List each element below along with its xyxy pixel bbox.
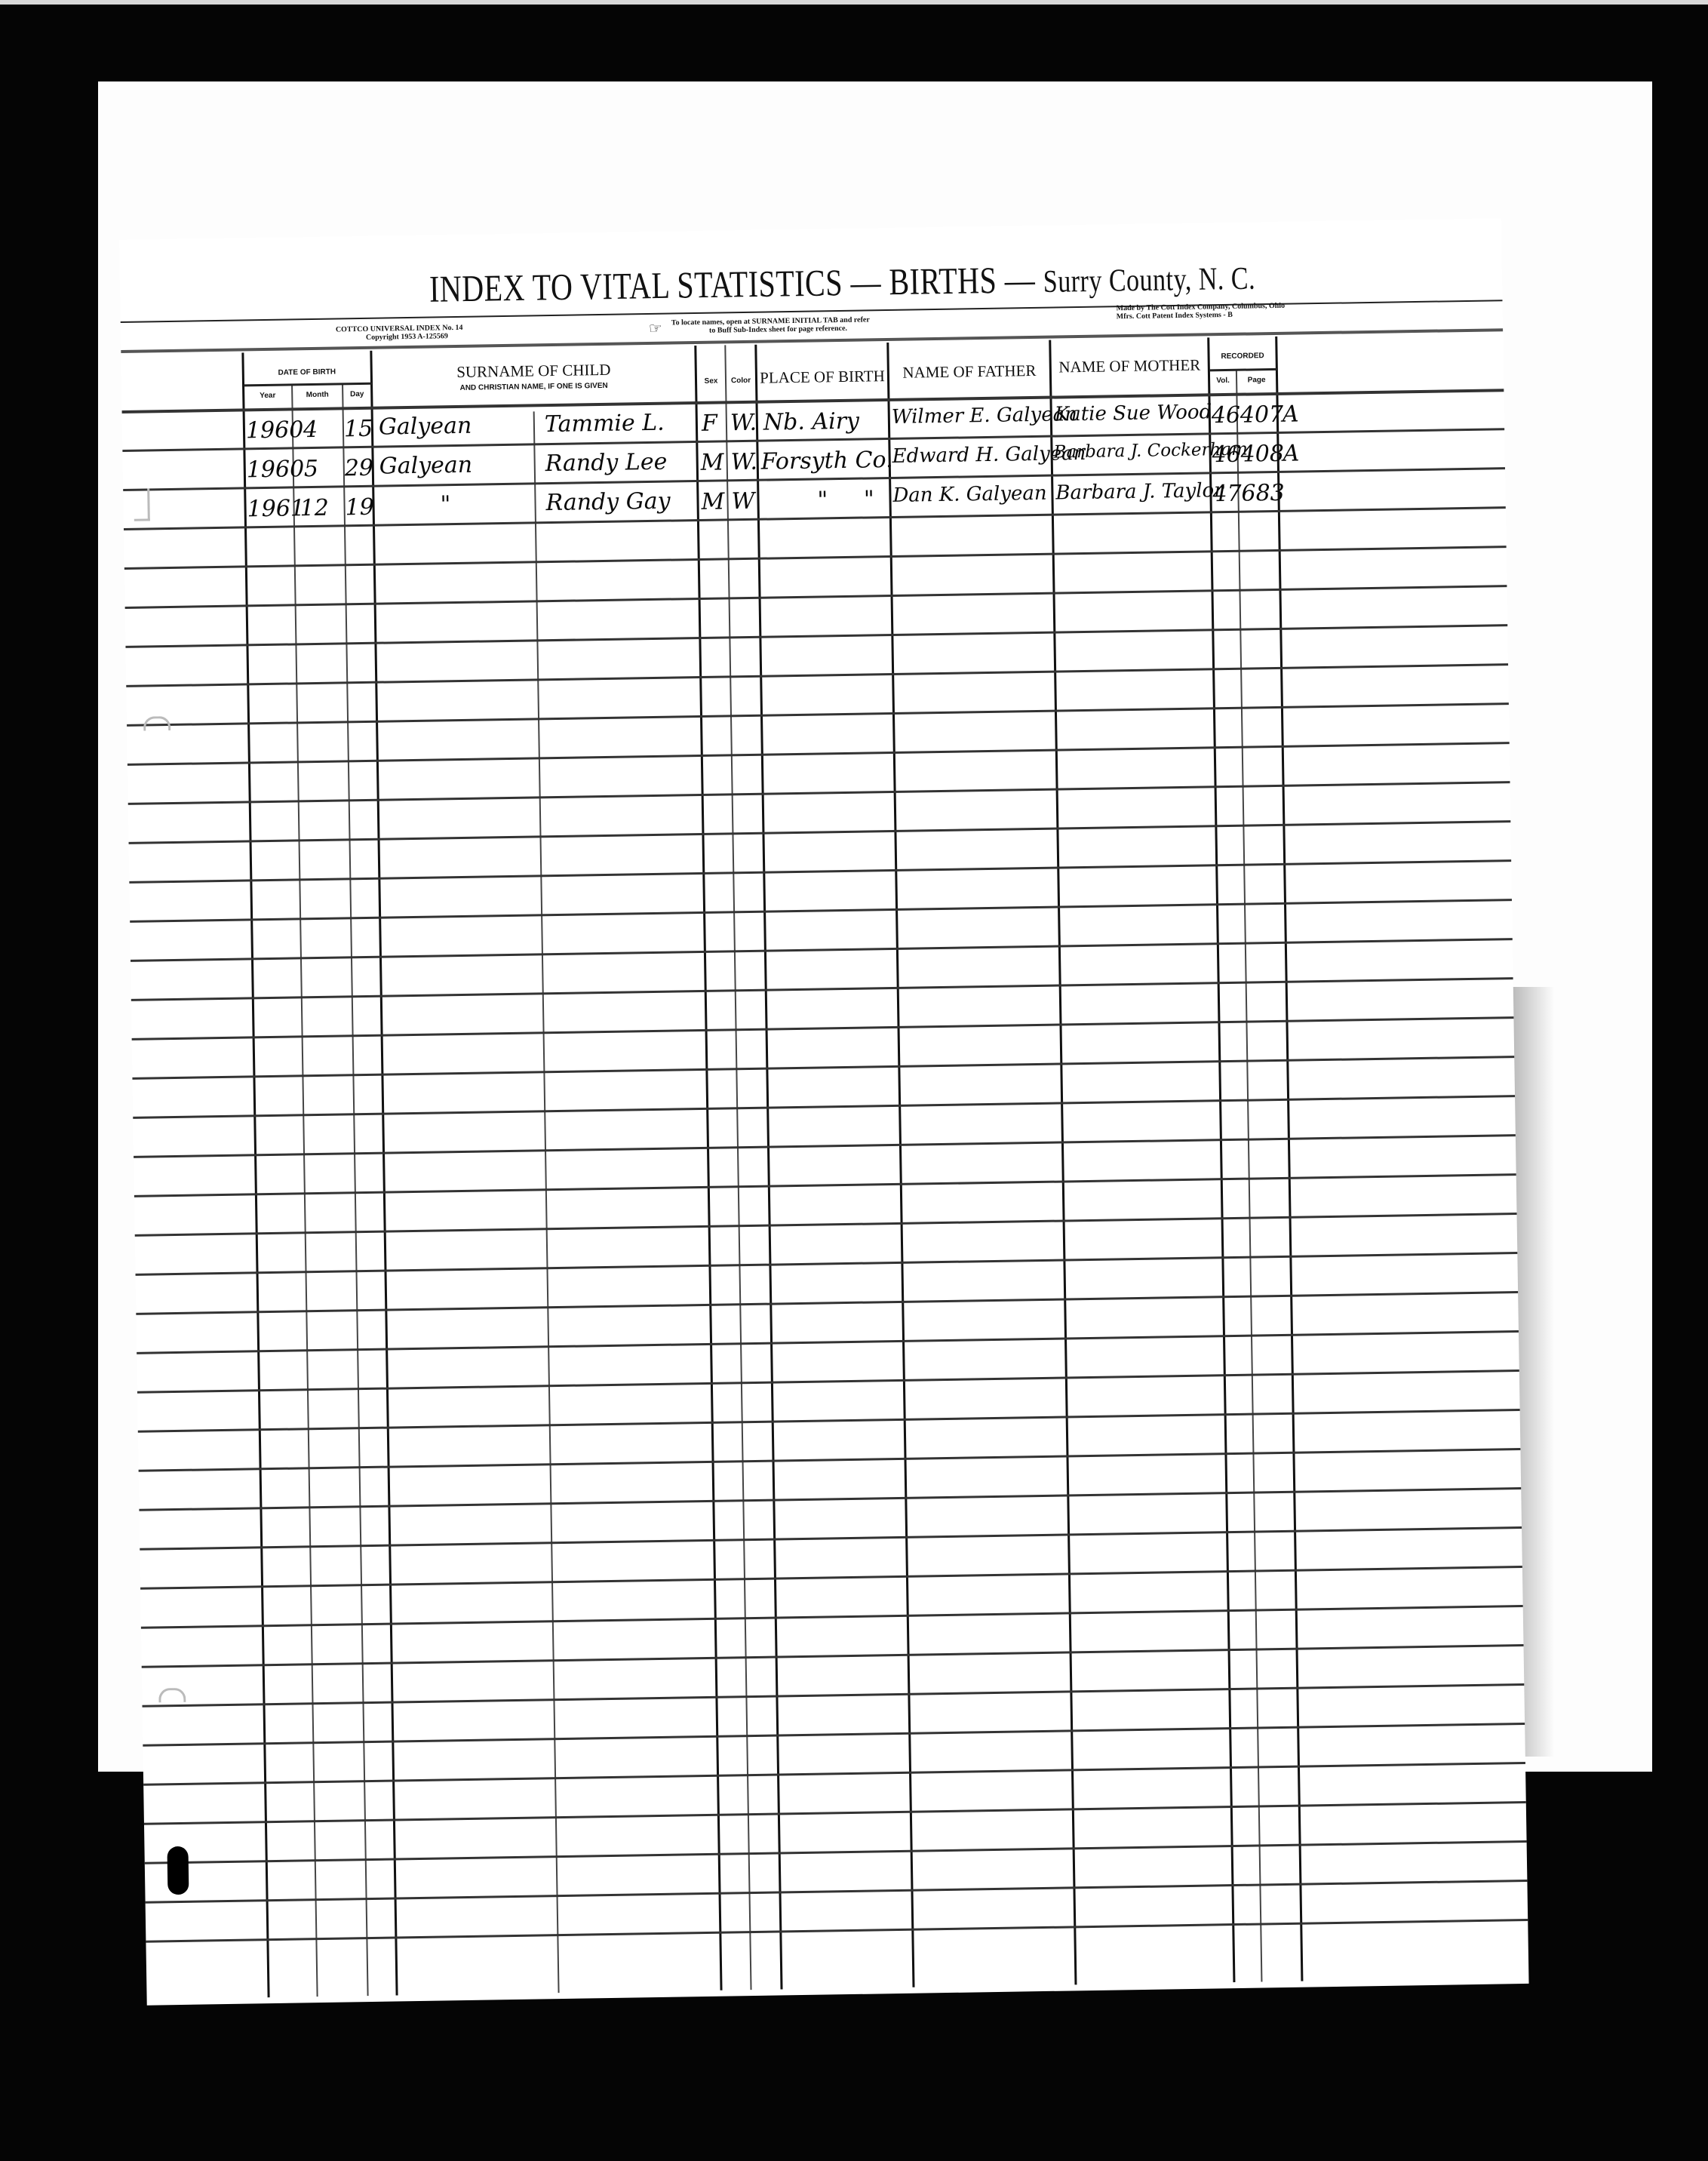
ring-hole-mark — [143, 716, 170, 731]
row-line — [146, 1880, 1528, 1904]
col-line-date-left — [241, 352, 269, 1997]
col-line-place-left — [754, 345, 782, 1990]
cell-year: 1961 — [247, 495, 305, 522]
cell-surname: Galyean — [379, 413, 472, 441]
row-line — [132, 1056, 1514, 1080]
row-line — [125, 585, 1507, 609]
cell-place: Nb. Airy — [763, 408, 860, 436]
row-line — [127, 702, 1509, 727]
cell-note: A — [1283, 401, 1299, 427]
header-sex: Sex — [697, 377, 725, 386]
cell-father: Wilmer E. Galyean — [892, 403, 1078, 429]
col-line-month-day — [342, 384, 368, 1996]
cell-sex: M — [700, 449, 723, 475]
row-line — [142, 1644, 1524, 1668]
cell-vol: 46 — [1212, 441, 1241, 469]
maker-line-2: Mfrs. Cott Patent Index Systems - B — [1117, 310, 1286, 321]
row-line — [137, 1330, 1519, 1354]
cell-given-name: Randy Gay — [545, 488, 671, 517]
header-name-of-father: NAME OF FATHER — [889, 361, 1049, 383]
cell-month: 4 — [303, 417, 318, 443]
title-main: INDEX TO VITAL STATISTICS — BIRTHS — — [429, 258, 1036, 310]
cell-vol: 46 — [1212, 402, 1241, 429]
row-line — [131, 938, 1513, 962]
cell-day: 29 — [345, 455, 374, 482]
row-line — [127, 742, 1510, 766]
cell-given-name: Randy Lee — [545, 449, 667, 478]
row-line — [130, 899, 1512, 923]
cell-page: 683 — [1241, 480, 1285, 507]
row-line — [143, 1723, 1525, 1747]
cell-mother: Katie Sue Wood — [1055, 401, 1212, 426]
row-line — [146, 1919, 1528, 1943]
cell-month: 5 — [304, 456, 319, 482]
scan-border — [0, 0, 1708, 5]
page-title: INDEX TO VITAL STATISTICS — BIRTHS — Sur… — [429, 254, 1256, 311]
col-line-recorded-right — [1275, 337, 1303, 1981]
pointing-hand-icon: ☞ — [649, 319, 662, 338]
cell-color: W. — [730, 410, 757, 437]
header-day: Day — [343, 390, 370, 399]
cell-vol: 47 — [1212, 481, 1242, 508]
header-name-of-mother: NAME OF MOTHER — [1052, 355, 1208, 377]
cell-place: " " — [817, 486, 874, 513]
col-line-date-right — [370, 351, 398, 1996]
cell-sex: F — [702, 410, 717, 437]
ring-hole-mark — [158, 1688, 186, 1703]
row-line — [143, 1762, 1525, 1786]
row-line — [137, 1369, 1519, 1394]
cell-father: Dan K. Galyean — [892, 482, 1047, 507]
row-line — [143, 1683, 1525, 1708]
cell-color: W. — [730, 449, 757, 476]
row-line — [131, 977, 1513, 1001]
cell-note: A — [1283, 440, 1299, 466]
row-line — [132, 1016, 1514, 1041]
col-line-father-left — [886, 343, 914, 1987]
row-line — [126, 663, 1508, 687]
col-line-sex-color — [724, 345, 751, 1990]
cell-day: 19 — [345, 494, 374, 521]
row-line — [136, 1291, 1518, 1315]
index-page: INDEX TO VITAL STATISTICS — BIRTHS — Sur… — [119, 218, 1529, 2005]
row-line — [134, 1173, 1516, 1197]
cell-page: 408 — [1240, 441, 1284, 468]
header-month: Month — [293, 390, 342, 399]
row-line — [124, 506, 1506, 530]
col-line-vol-page — [1236, 370, 1262, 1982]
row-line — [125, 624, 1507, 648]
cell-day: 15 — [344, 416, 373, 443]
row-line — [129, 859, 1511, 884]
col-line-sex-left — [694, 346, 722, 1990]
header-year: Year — [244, 391, 291, 400]
row-line — [140, 1526, 1522, 1551]
header-date-of-birth: DATE OF BIRTH — [244, 367, 370, 378]
header-color: Color — [727, 377, 755, 386]
title-county: Surry County, N. C. — [1043, 261, 1255, 300]
row-line — [138, 1409, 1520, 1433]
punch-hole — [167, 1846, 189, 1895]
date-subheader-rule — [244, 383, 372, 387]
row-line — [128, 781, 1510, 805]
cell-month: 12 — [300, 495, 329, 522]
col-line-mother-left — [1049, 340, 1077, 1985]
row-line — [134, 1134, 1516, 1158]
row-line — [140, 1566, 1522, 1590]
cell-color: W — [731, 488, 754, 515]
cell-page: 407 — [1240, 401, 1284, 429]
col-line-surname-given — [533, 411, 559, 1993]
cell-mother: Barbara J. Taylor — [1055, 479, 1224, 504]
row-line — [124, 546, 1507, 570]
cell-sex: M — [701, 488, 724, 515]
col-line-recorded-left — [1207, 337, 1235, 1982]
cell-place: Forsyth Co. — [760, 447, 892, 475]
header-surname-of-child: SURNAME OF CHILD — [373, 359, 695, 383]
row-line — [144, 1801, 1526, 1825]
instruction-text: To locate names, open at SURNAME INITIAL… — [671, 315, 870, 335]
row-line — [145, 1840, 1527, 1864]
cell-surname: Galyean — [379, 452, 472, 480]
cell-given-name: Tammie L. — [545, 410, 665, 438]
header-page: Page — [1237, 376, 1276, 385]
cell-surname: " — [440, 491, 450, 518]
col-line-year-month — [291, 385, 318, 1997]
binder-tab-mark — [134, 488, 150, 521]
header-place-of-birth: PLACE OF BIRTH — [757, 367, 887, 388]
header-recorded: RECORDED — [1210, 352, 1276, 361]
maker-info: Made by The Cott Index Company, Columbus… — [1117, 302, 1286, 321]
row-line — [139, 1448, 1521, 1472]
publisher-info: COTTCO UNIVERSAL INDEX No. 14 Copyright … — [336, 324, 463, 343]
row-line — [135, 1213, 1517, 1237]
header-vol: Vol. — [1210, 377, 1236, 386]
recorded-subheader-rule — [1209, 368, 1277, 371]
cell-year: 1960 — [246, 417, 304, 444]
row-line — [136, 1252, 1518, 1276]
row-line — [141, 1605, 1523, 1629]
row-line — [129, 820, 1511, 844]
row-line — [133, 1095, 1515, 1119]
cell-year: 1960 — [247, 456, 305, 483]
row-line — [139, 1487, 1521, 1511]
